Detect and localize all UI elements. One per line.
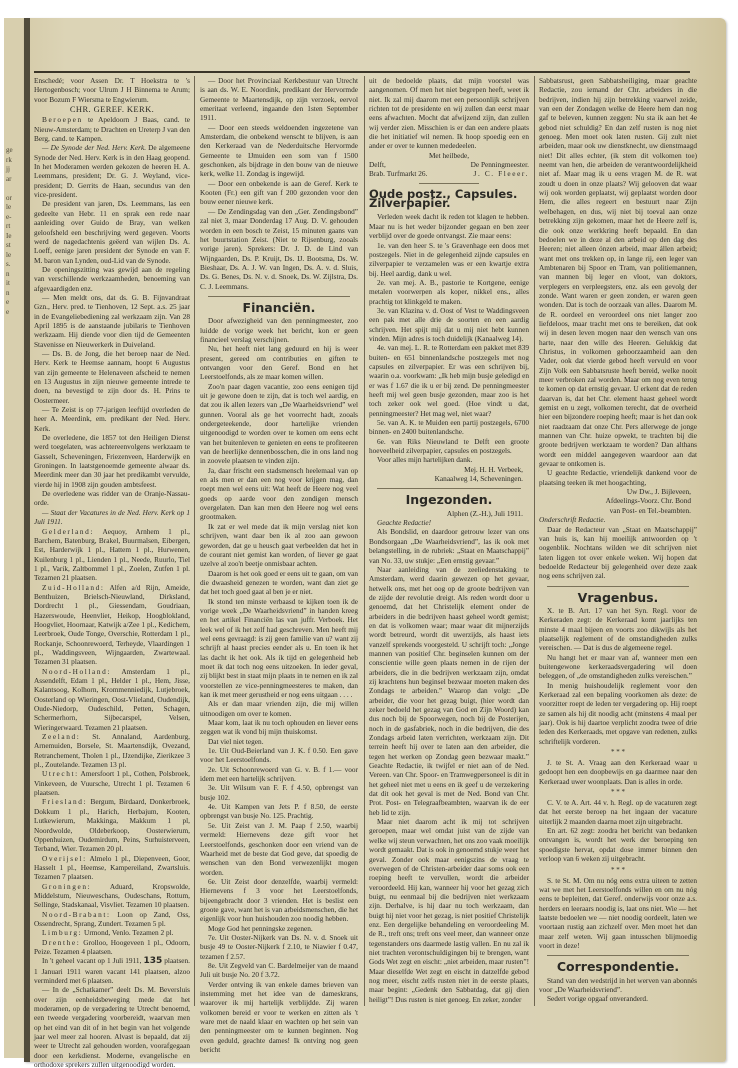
paragraph: Moge God het penningske zegenen. [200,924,358,933]
paragraph: Ik zat er wel mede dat ik mijn verslag n… [200,522,358,569]
signature-row: Delft,De Penningmeester. [369,160,529,169]
paragraph: — De Zendingsdag van den „Ger. Zendingsb… [200,207,358,291]
paragraph: Voor alles mijn hartelijken dank. [369,455,529,464]
paragraph: Naar aanleiding van de zeeliedenstaking … [369,565,529,817]
gift-entry: 3e. Uit Wilsum van F. F. f 4.50, opbreng… [200,783,358,802]
section-title-oude-postzegels: Oude postz., Capsules. Zilverpapier. [369,190,529,209]
column-4: Sabbatsrust, geen Sabbatsheiliging, maar… [539,76,697,1004]
paragraph: De overledene, die 1857 tot den Heiligen… [34,433,190,489]
section-title-correspondentie: Correspondentie. [539,962,697,971]
province-entry: Utrecht: Amersfoort 1 pl., Cothen, Polsb… [34,769,190,797]
section-title-financien: Financiën. [200,303,358,312]
province-name: Zeeland: [42,732,80,741]
province-entry: Noord-Holland: Amsterdam 1 pl., Assendel… [34,667,190,732]
signature: van Post- en Tel.-beambten. [539,506,697,515]
section-rule [547,586,689,587]
paragraph: — De Synode der Ned. Herv. Kerk. De alge… [34,143,190,199]
column-1: Enschedé; voor Assen Dr. T Hoekstra te '… [34,76,190,1068]
column-2: — Door het Provinciaal Kerkbestuur van U… [200,76,358,1054]
paragraph: X. te B. Art. 17 van het Syn. Regl. voor… [539,606,697,653]
column-divider [364,76,365,1006]
paragraph: Ja, daar frischt een stadsmensch heelema… [200,466,358,522]
province-name: Zuid-Holland: [42,583,105,592]
province-list: Gelderland: Aequoy, Arnhem 1 pl., Barche… [34,527,190,957]
paragraph: — Men meldt ons, dat ds. G. B. Fijnvandr… [34,293,190,349]
signature-row: Brab. Turfmarkt 26.J. C. Fleeer. [369,169,529,178]
province-name: Groningen: [42,882,91,891]
signature: Kanaalweg 14, Scheveningen. [369,474,529,483]
top-rule [34,71,690,73]
province-name: Gelderland: [42,527,94,536]
gift-entry: 5e. Uit Zeist van J. M. Paap f 2.50, waa… [200,821,358,877]
paragraph: Stand van den wedstrijd in het werven va… [539,976,697,995]
province-entry: Friesland: Bergum, Birdaard, Donkerbroek… [34,797,190,853]
paragraph: Zoo'n paar dagen vacantie, zoo eens eeni… [200,382,358,466]
paragraph: Daarom is het ook goed er eens uit te ga… [200,569,358,597]
section-title-ingezonden: Ingezonden. [369,495,529,504]
paragraph: Beroepen te Apeldoorn J Baas, cand. te N… [34,115,190,143]
province-name: Noord-Holland: [42,667,111,676]
paragraph: Door afwezigheid van den penningmeester,… [200,316,358,344]
gift-entry: 2e. Uit Schoonrewoerd van G. v. B. f 1.—… [200,765,358,784]
gift-entry: 1e. Uit Oud-Beierland van J. K. f 0.50. … [200,746,358,765]
gift-entry: 4e. Uit Kampen van Jets P. f 8.50, de ee… [200,802,358,821]
province-name: Overijsel: [42,854,87,863]
paragraph: 5e. van A. K. te Muiden een partij postz… [369,418,529,437]
paragraph: — Te Zeist is op 77-jarigen leeftijd ove… [34,405,190,433]
paragraph: — Door een steeds weldoenden ingezetene … [200,123,358,179]
province-entry: Gelderland: Aequoy, Arnhem 1 pl., Barche… [34,527,190,583]
gift-entry: 8e. Uit Zegveld van C. Bardelmeijer van … [200,961,358,980]
paragraph: 2e. van mej. A. B., pastorie te Kortgene… [369,278,529,306]
paragraph: Verleden week dacht ik reden tot klagen … [369,212,529,240]
onderschrift-title: Onderschrift Redactie. [539,515,697,524]
subheading-chr-geref-kerk: CHR. GEREF. KERK. [34,105,190,114]
section-rule [547,955,689,956]
paragraph: Ik stond ten minste verbaasd te kijken t… [200,597,358,700]
province-entry: Zeeland: St. Annaland, Aardenburg, Arnem… [34,732,190,769]
province-name: Noord-Brabant: [42,910,111,919]
signature: Uw Dw., J. Bijleveen, [539,487,697,496]
province-entry: Zuid-Holland: Alfen a/d Rijn, Ameide, Be… [34,583,190,667]
province-name: Limburg: [42,928,82,937]
gift-list-2: 7e. Uit Ooster-Nijkerk van Ds. N. v. d. … [200,933,358,980]
paragraph: Sabbatsrust, geen Sabbatsheiliging, maar… [539,76,697,468]
paragraph: J. te St. A. Vraag aan den Kerkeraad waa… [539,758,697,786]
paragraph: In menig huishoudelijk reglement voor de… [539,681,697,746]
paragraph: Als er dan maar vrienden zijn, die mij w… [200,699,358,718]
column-divider [534,76,535,1006]
section-title-vragenbus: Vragenbus. [539,593,697,602]
column-divider [194,76,195,1006]
section-rule [377,488,521,489]
paragraph: uit de bedoelde plaats, dat mijn voorste… [369,76,529,151]
paragraph: — Door een onbekende is aan de Geref. Ke… [200,179,358,207]
gift-entry: 6e. Uit Zeist door denzelfde, waarbij ve… [200,877,358,924]
paragraph: Als Bondslid, en daardoor getrouw lezer … [369,527,529,564]
province-name: Utrecht: [42,769,79,778]
paragraph: — Door het Provinciaal Kerkbestuur van U… [200,76,358,123]
paragraph: Nu hangt het er maar van af, wanneer men… [539,653,697,681]
paragraph: — Ds. B. de Jong, die het beroep naar de… [34,349,190,405]
province-entry: Groningen: Aduard, Kropswolde, Middelstu… [34,882,190,910]
paragraph: S. te St. M. Om nu nóg eens extra uiteen… [539,876,697,951]
paragraph: Verder ontving ik van enkele dames briev… [200,980,358,1055]
paragraph: — In de „Schatkamer” deelt Ds. M. Bevers… [34,985,190,1068]
paragraph: Maar kom, laat ik nu toch ophouden en li… [200,718,358,737]
province-name: Friesland: [42,797,87,806]
paragraph: 1e. van den heer S. te 's Gravenhage een… [369,241,529,278]
province-entry: Overijsel: Almelo 1 pl., Diepenveen, Goo… [34,854,190,882]
paragraph: C. V. te A. Art. 44 v. h. Regl. op de va… [539,798,697,826]
gift-entry: 7e. Uit Ooster-Nijkerk van Ds. N. v. d. … [200,933,358,961]
paragraph: Daar de Redacteur van „Staat en Maatscha… [539,525,697,581]
signature: Afdeelings-Voorz. Chr. Bond [539,496,697,505]
vacatures-title: — Staat der Vacatures in de Ned. Herv. K… [34,508,190,527]
signature: Mej. H. H. Verbeek, [369,465,529,474]
greeting: Met heilbede, [369,151,529,160]
paragraph: Nu, het heeft niet lang geduurd en hij i… [200,344,358,381]
paragraph: En art. 62 zegt: zoodra het bericht van … [539,826,697,863]
salutation: Geachte Redactie! [369,518,529,527]
dateline: Alphen (Z.-H.), Juli 1911. [369,509,529,518]
paragraph: De overledene was ridder van de Oranje-N… [34,489,190,508]
province-entry: Noord-Brabant: Loon op Zand, Oss, Ossend… [34,910,190,929]
paragraph: Sedert vorige opgaaf onveranderd. [539,994,697,1003]
paragraph: U geachte Redactie, vriendelijk dankend … [539,468,697,487]
province-entry: Limburg: Urmond, Venlo. Tezamen 2 pl. [34,928,190,937]
province-name: Drenthe: [42,938,80,947]
paragraph: Maar niet daarom acht ik mij tot schrijv… [369,817,529,1004]
separator-stars: * * * [539,748,697,756]
newspaper-page: Enschedé; voor Assen Dr. T Hoekstra te '… [24,18,726,1062]
separator-stars: * * * [539,788,697,796]
paragraph: 3e. van Klazina v. d. Oost of Vest te Wa… [369,306,529,343]
province-entry: Drenthe: Grolloo, Hoogeveen 1 pl., Odoor… [34,938,190,957]
paragraph: 4e. van mej. L. R. te Rotterdam een pakk… [369,343,529,418]
paragraph-total: In 't geheel vacant op 1 Juli 1911, 135 … [34,956,190,985]
short-rule [419,183,479,184]
paragraph: De openingszitting was gewijd aan de reg… [34,265,190,293]
gift-list: 1e. Uit Oud-Beierland van J. K. f 0.50. … [200,746,358,924]
column-3: uit de bedoelde plaats, dat mijn voorste… [369,76,529,1004]
separator-stars: * * * [539,866,697,874]
section-rule [208,296,350,297]
paragraph: 6e. van Riks Nieuwland te Delft een groo… [369,437,529,456]
paragraph: Dat viel niet tegen. [200,737,358,746]
paragraph: De president van jaren, Ds. Leemmans, la… [34,199,190,264]
paragraph: Enschedé; voor Assen Dr. T Hoekstra te '… [34,76,190,104]
